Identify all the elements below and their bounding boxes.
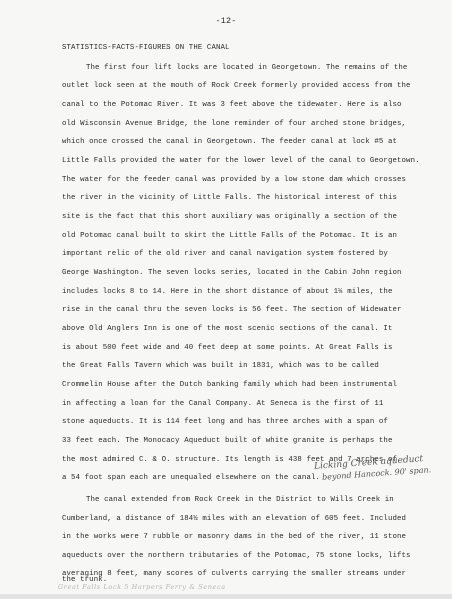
text-line: 33 feet each. The Monocacy Aqueduct buil… xyxy=(62,437,392,445)
text-line: canal to the Potomac River. It was 3 fee… xyxy=(62,101,402,109)
text-line: old Potomac canal built to skirt the Lit… xyxy=(62,232,397,240)
text-line: Cumberland, a distance of 184½ miles wit… xyxy=(62,515,406,523)
text-line: in the works were 7 rubble or masonry da… xyxy=(62,533,406,541)
text-line: the Great Falls Tavern which was built i… xyxy=(62,362,379,370)
text-line: old Wisconsin Avenue Bridge, the lone re… xyxy=(62,120,406,128)
text-line: important relic of the old river and can… xyxy=(62,250,388,258)
text-line: site is the fact that this short auxilia… xyxy=(62,213,397,221)
text-line: rise in the canal thru the seven locks i… xyxy=(62,306,402,314)
text-line: averaging 8 feet, many scores of culvert… xyxy=(62,570,406,578)
text-line: a 54 foot span each are unequaled elsewh… xyxy=(62,474,320,482)
text-line: above Old Anglers Inn is one of the most… xyxy=(62,325,392,333)
text-line: The water for the feeder canal was provi… xyxy=(62,176,406,184)
text-line: Crommelin House after the Dutch banking … xyxy=(62,381,397,389)
text-line: which once crossed the canal in Georgeto… xyxy=(62,138,397,146)
text-line: the river in the vicinity of Little Fall… xyxy=(62,194,397,202)
text-line: aqueducts over the northern tributaries … xyxy=(62,552,411,560)
pencil-annotation: Great Falls Lock 5 Harpers Ferry & Senec… xyxy=(58,583,226,591)
text-line: outlet lock seen at the mouth of Rock Cr… xyxy=(62,82,411,90)
document-page: -12- STATISTICS-FACTS-FIGURES ON THE CAN… xyxy=(0,0,452,594)
text-line: George Washington. The seven locks serie… xyxy=(62,269,402,277)
text-line: The first four lift locks are located in… xyxy=(86,64,407,72)
text-line: is about 500 feet wide and 40 feet deep … xyxy=(62,344,392,352)
text-line: in affecting a loan for the Canal Compan… xyxy=(62,400,383,408)
text-line: Little Falls provided the water for the … xyxy=(62,157,420,165)
page-number: -12- xyxy=(0,16,452,26)
section-heading: STATISTICS-FACTS-FIGURES ON THE CANAL xyxy=(62,44,230,52)
text-line: The canal extended from Rock Creek in th… xyxy=(86,496,394,504)
page-bottom-edge xyxy=(0,594,452,599)
text-line: includes locks 8 to 14. Here in the shor… xyxy=(62,288,392,296)
text-line: stone aqueducts. It is 114 feet long and… xyxy=(62,418,388,426)
